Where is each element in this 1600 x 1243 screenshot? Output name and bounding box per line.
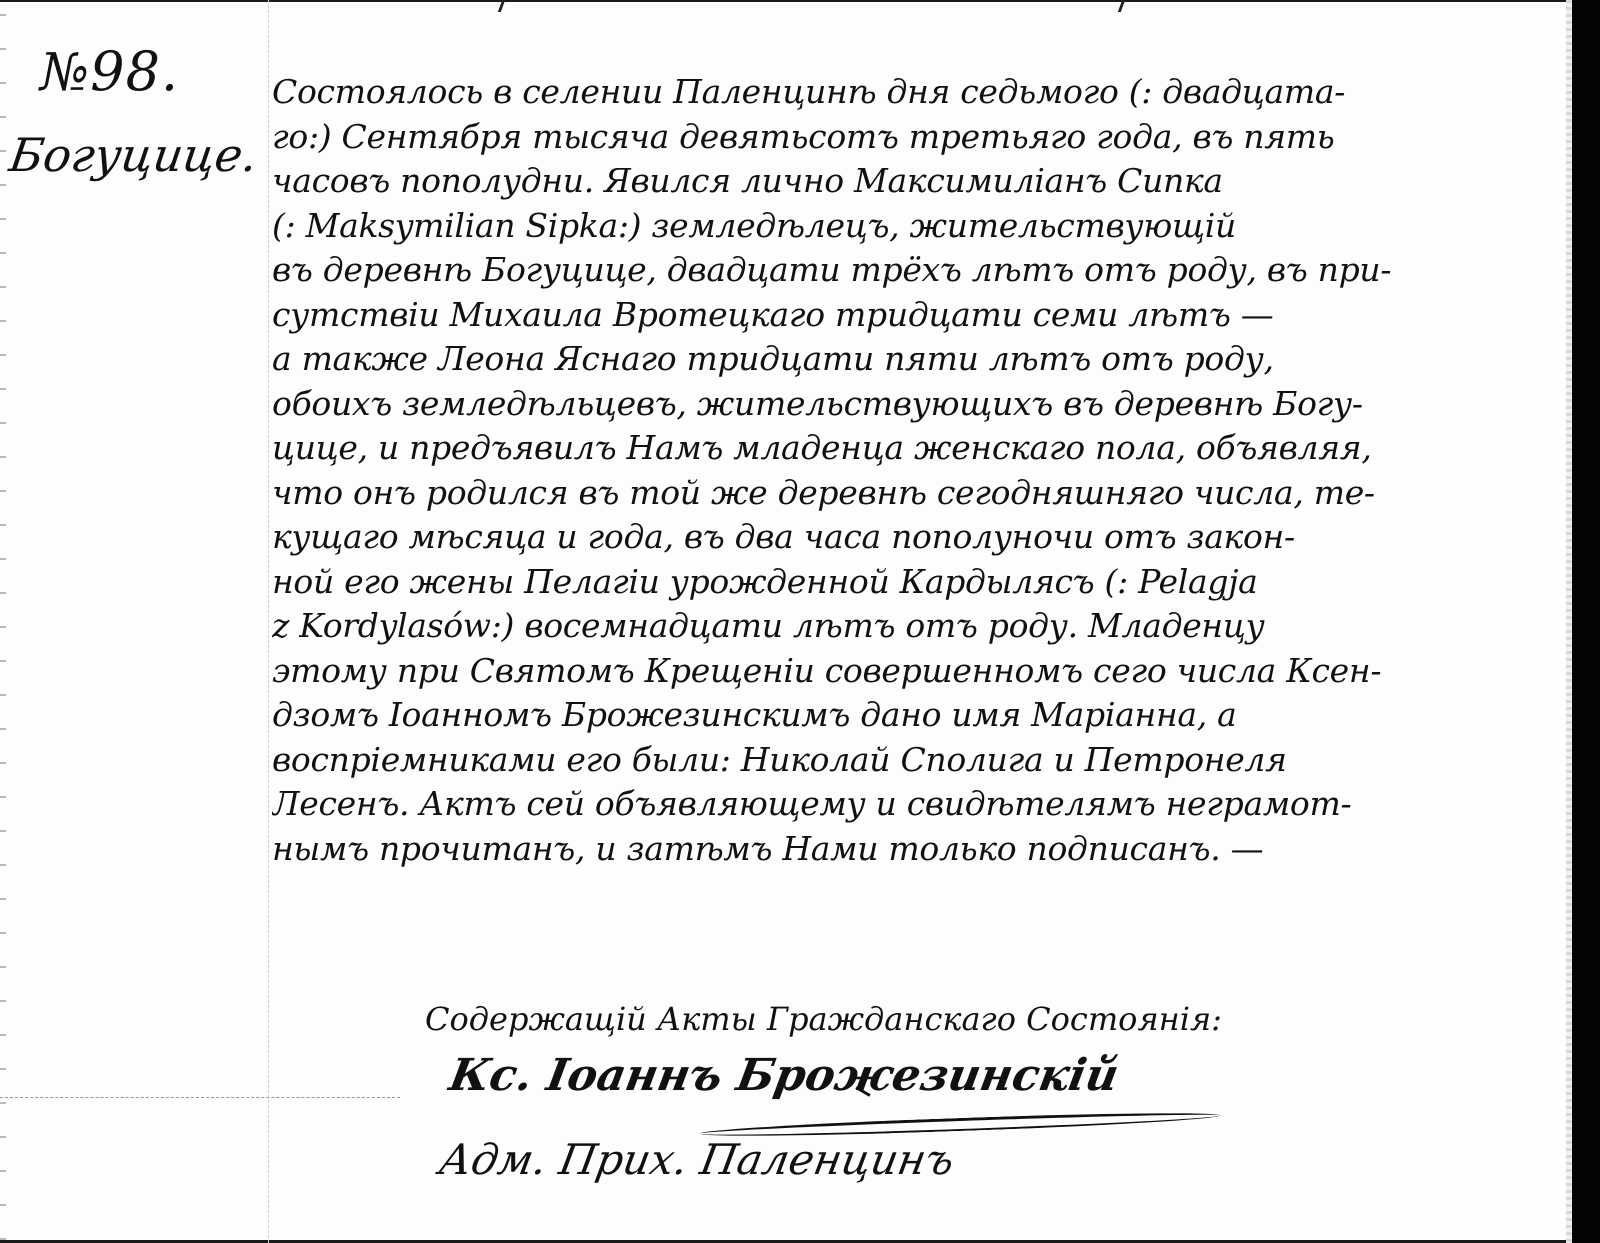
left-edge-ticks: [0, 0, 6, 1243]
parish-signature: Адм. Прих. Паленцинъ: [436, 1135, 958, 1184]
record-line: Лесенъ. Актъ сей объявляющему и свидѣтел…: [272, 782, 1530, 827]
record-body: Состоялось в селении Паленцинѣ дня седьм…: [272, 70, 1530, 871]
document-page: №98. Богуцице. Состоялось в селении Пале…: [0, 0, 1600, 1243]
record-line: воспріемниками его были: Николай Сполига…: [272, 738, 1530, 783]
record-line: нымъ прочитанъ, и затѣмъ Нами только под…: [272, 827, 1530, 872]
record-line: ной его жены Пелагіи урожденной Кардыляс…: [272, 560, 1530, 605]
margin-rule: [268, 0, 269, 1243]
scan-top-border: [0, 0, 1600, 2]
record-line: этому при Святомъ Крещеніи совершенномъ …: [272, 649, 1530, 694]
record-line: дзомъ Іоанномъ Брожезинскимъ дано имя Ма…: [272, 693, 1530, 738]
scan-right-edge: [1572, 0, 1600, 1243]
record-line: го:) Сентября тысяча девятьсотъ третьяго…: [272, 115, 1530, 160]
record-line: что онъ родился въ той же деревнѣ сегодн…: [272, 471, 1530, 516]
record-line: сутствіи Михаила Вротецкаго тридцати сем…: [272, 293, 1530, 338]
entry-number: №98.: [40, 40, 179, 103]
record-line: Состоялось в селении Паленцинѣ дня седьм…: [272, 70, 1530, 115]
record-line: въ деревнѣ Богуцице, двадцати трёхъ лѣтъ…: [272, 248, 1530, 293]
record-line: часовъ пополудни. Явился лично Максимилі…: [272, 159, 1530, 204]
record-line: кущаго мѣсяца и года, въ два часа пополу…: [272, 515, 1530, 560]
record-line: (: Maksymilian Sipka:) земледѣлецъ, жите…: [272, 204, 1530, 249]
priest-signature: Кс. Іоаннъ Брожезинскій: [446, 1050, 1123, 1101]
entry-number-value: 98.: [90, 40, 179, 103]
record-line: обоихъ земледѣльцевъ, жительствующихъ въ…: [272, 382, 1530, 427]
record-line: цице, и предъявилъ Намъ младенца женскаг…: [272, 426, 1530, 471]
number-sign: №: [40, 43, 90, 103]
scan-artifact-line: [0, 1097, 400, 1098]
village-name: Богуцице.: [6, 128, 261, 182]
registrar-title: Содержащій Акты Гражданскаго Состоянія:: [425, 1000, 1222, 1038]
record-line: z Kordylasów:) восемнадцати лѣтъ отъ род…: [272, 604, 1530, 649]
record-line: а также Леона Яснаго тридцати пяти лѣтъ …: [272, 337, 1530, 382]
